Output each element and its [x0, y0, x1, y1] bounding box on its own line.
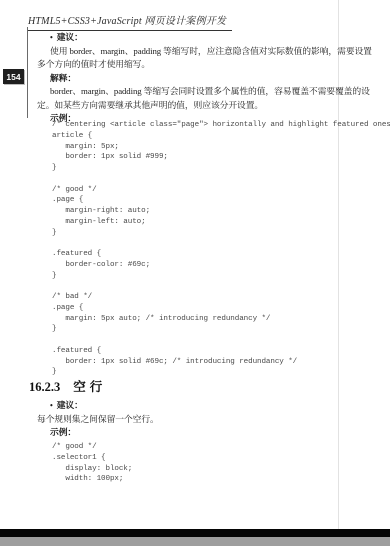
- code-line: border: 1px solid #999;: [52, 152, 380, 163]
- advice-label: 建议：: [57, 32, 83, 42]
- code-line: }: [52, 163, 380, 174]
- code-line: display: block;: [52, 464, 380, 475]
- code-line: .page {: [52, 303, 380, 314]
- section2-code-block: /* good */ .selector1 { display: block; …: [52, 442, 380, 485]
- explain-text-line1: border、margin、padding 等缩写会同时设置多个属性的值，容易覆…: [37, 85, 344, 99]
- code-line: /* good */: [52, 442, 380, 453]
- explain-text-line2: 定。如某些方向需要继承其他声明的值，则应该分开设置。: [37, 99, 344, 113]
- code-line: .page {: [52, 195, 380, 206]
- code-line: }: [52, 228, 380, 239]
- code-line: .selector1 {: [52, 453, 380, 464]
- code-line: margin: 5px;: [52, 142, 380, 153]
- advice-text: 每个规则集之间保留一个空行。: [37, 413, 344, 427]
- explain-label: 解释：: [37, 72, 344, 86]
- code-line: .featured {: [52, 249, 380, 260]
- advice-label: 建议：: [57, 400, 83, 410]
- code-line: /* bad */: [52, 292, 380, 303]
- section2-text: •建议： 每个规则集之间保留一个空行。 示例：: [37, 399, 344, 440]
- example-label: 示例：: [37, 426, 344, 440]
- code-line: }: [52, 324, 380, 335]
- bullet-icon: •: [50, 401, 53, 410]
- code-line: /* good */: [52, 185, 380, 196]
- advice-label-line: •建议：: [37, 31, 344, 45]
- scan-background-strip: [0, 537, 390, 546]
- code-line: [52, 238, 380, 249]
- section-heading: 16.2.3空行: [29, 377, 106, 395]
- page-header-title: HTML5+CSS3+JavaScript 网页设计案例开发: [28, 12, 232, 31]
- page-number-badge: 154: [3, 69, 24, 84]
- header-margin-rule: [27, 27, 28, 118]
- code-line: .featured {: [52, 346, 380, 357]
- advice-label-line: •建议：: [37, 399, 344, 413]
- section-number: 16.2.3: [29, 380, 60, 394]
- advice-text-line1: 使用 border、margin、padding 等缩写时，应注意隐含值对实际数…: [37, 45, 344, 59]
- page-bottom-edge-bar: [0, 529, 390, 537]
- code-line: [52, 174, 380, 185]
- bullet-icon: •: [50, 33, 53, 42]
- section1-code-block: /* centering <article class="page"> hori…: [52, 120, 380, 378]
- code-line: [52, 281, 380, 292]
- code-line: article {: [52, 131, 380, 142]
- code-line: /* centering <article class="page"> hori…: [52, 120, 380, 131]
- advice-text-line2: 多个方向的值时才使用缩写。: [37, 58, 344, 72]
- section1-text: •建议： 使用 border、margin、padding 等缩写时，应注意隐含…: [37, 31, 344, 126]
- section-title: 空行: [73, 380, 106, 394]
- code-line: margin-left: auto;: [52, 217, 380, 228]
- code-line: }: [52, 271, 380, 282]
- code-line: width: 100px;: [52, 474, 380, 485]
- code-line: margin: 5px auto; /* introducing redunda…: [52, 314, 380, 325]
- book-page: { "ui": { "bullet": "•" }, "header": { "…: [0, 0, 390, 546]
- code-line: border: 1px solid #69c; /* introducing r…: [52, 357, 380, 368]
- code-line: margin-right: auto;: [52, 206, 380, 217]
- code-line: border-color: #69c;: [52, 260, 380, 271]
- code-line: [52, 335, 380, 346]
